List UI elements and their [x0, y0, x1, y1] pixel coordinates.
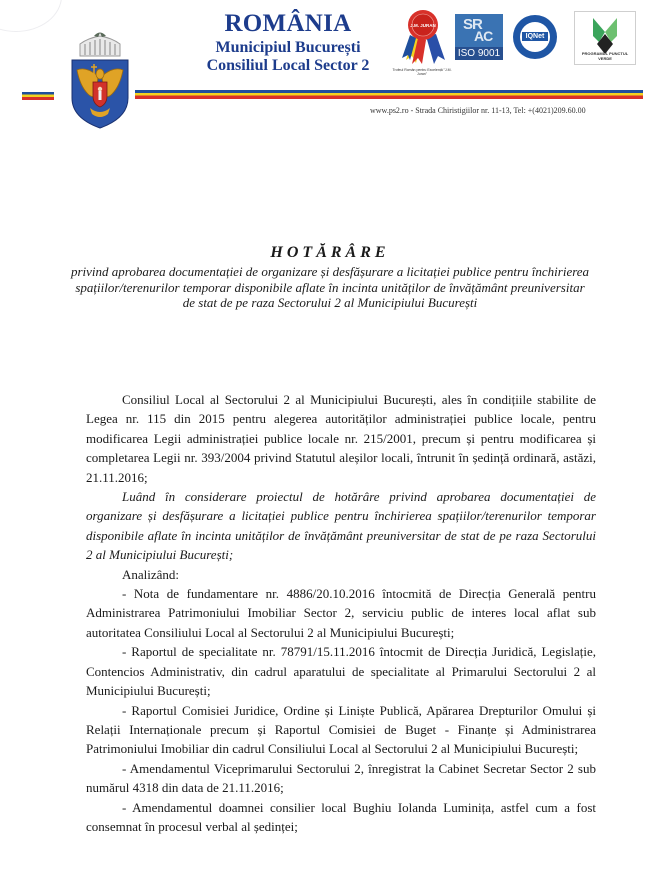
award-caption: Trofeul Român pentru Excelență "J.M. Jur… — [390, 68, 454, 76]
iso-9001-label: ISO 9001 — [455, 47, 503, 60]
analyzing-heading: Analizând: — [86, 565, 596, 584]
considering-paragraph: Luând în considerare proiectul de hotărâ… — [86, 487, 596, 565]
document-heading: HOTĂRÂRE privind aprobarea documentației… — [70, 244, 590, 311]
tricolor-stripe-right — [135, 90, 643, 99]
document-subtitle: privind aprobarea documentației de organ… — [70, 264, 590, 311]
preamble-paragraph: Consiliul Local al Sectorului 2 al Munic… — [86, 390, 596, 487]
bucharest-coat-of-arms-icon — [68, 30, 132, 130]
punctul-verde-logo: PROGRAMUL PUNCTUL VERDE — [574, 11, 636, 65]
list-item: - Raportul de specialitate nr. 78791/15.… — [86, 642, 596, 700]
letterhead-title: ROMÂNIA Municipiul București Consiliul L… — [200, 10, 376, 75]
document-body: Consiliul Local al Sectorului 2 al Munic… — [86, 390, 596, 836]
list-item: - Nota de fundamentare nr. 4886/20.10.20… — [86, 584, 596, 642]
certification-logos: J.M. JURAN SR AC ISO 9001 IQNet PROGRAMU… — [398, 8, 638, 68]
svg-text:J.M. JURAN: J.M. JURAN — [410, 23, 436, 28]
tricolor-stripe-left — [22, 92, 54, 100]
country-name: ROMÂNIA — [200, 10, 376, 38]
stamp-remnant — [0, 0, 62, 32]
list-item: - Raportul Comisiei Juridice, Ordine și … — [86, 701, 596, 759]
award-seal-icon: J.M. JURAN — [398, 8, 448, 68]
list-item: - Amendamentul Viceprimarului Sectorului… — [86, 759, 596, 798]
municipality-name: Municipiul București — [200, 39, 376, 57]
council-name: Consiliul Local Sector 2 — [200, 57, 376, 75]
list-item: - Amendamentul doamnei consilier local B… — [86, 798, 596, 837]
contact-line: www.ps2.ro - Strada Chiristigiilor nr. 1… — [370, 106, 586, 115]
iqnet-logo: IQNet — [513, 15, 557, 59]
document-title: HOTĂRÂRE — [70, 244, 590, 262]
srac-iso-logo: SR AC ISO 9001 — [455, 14, 503, 60]
